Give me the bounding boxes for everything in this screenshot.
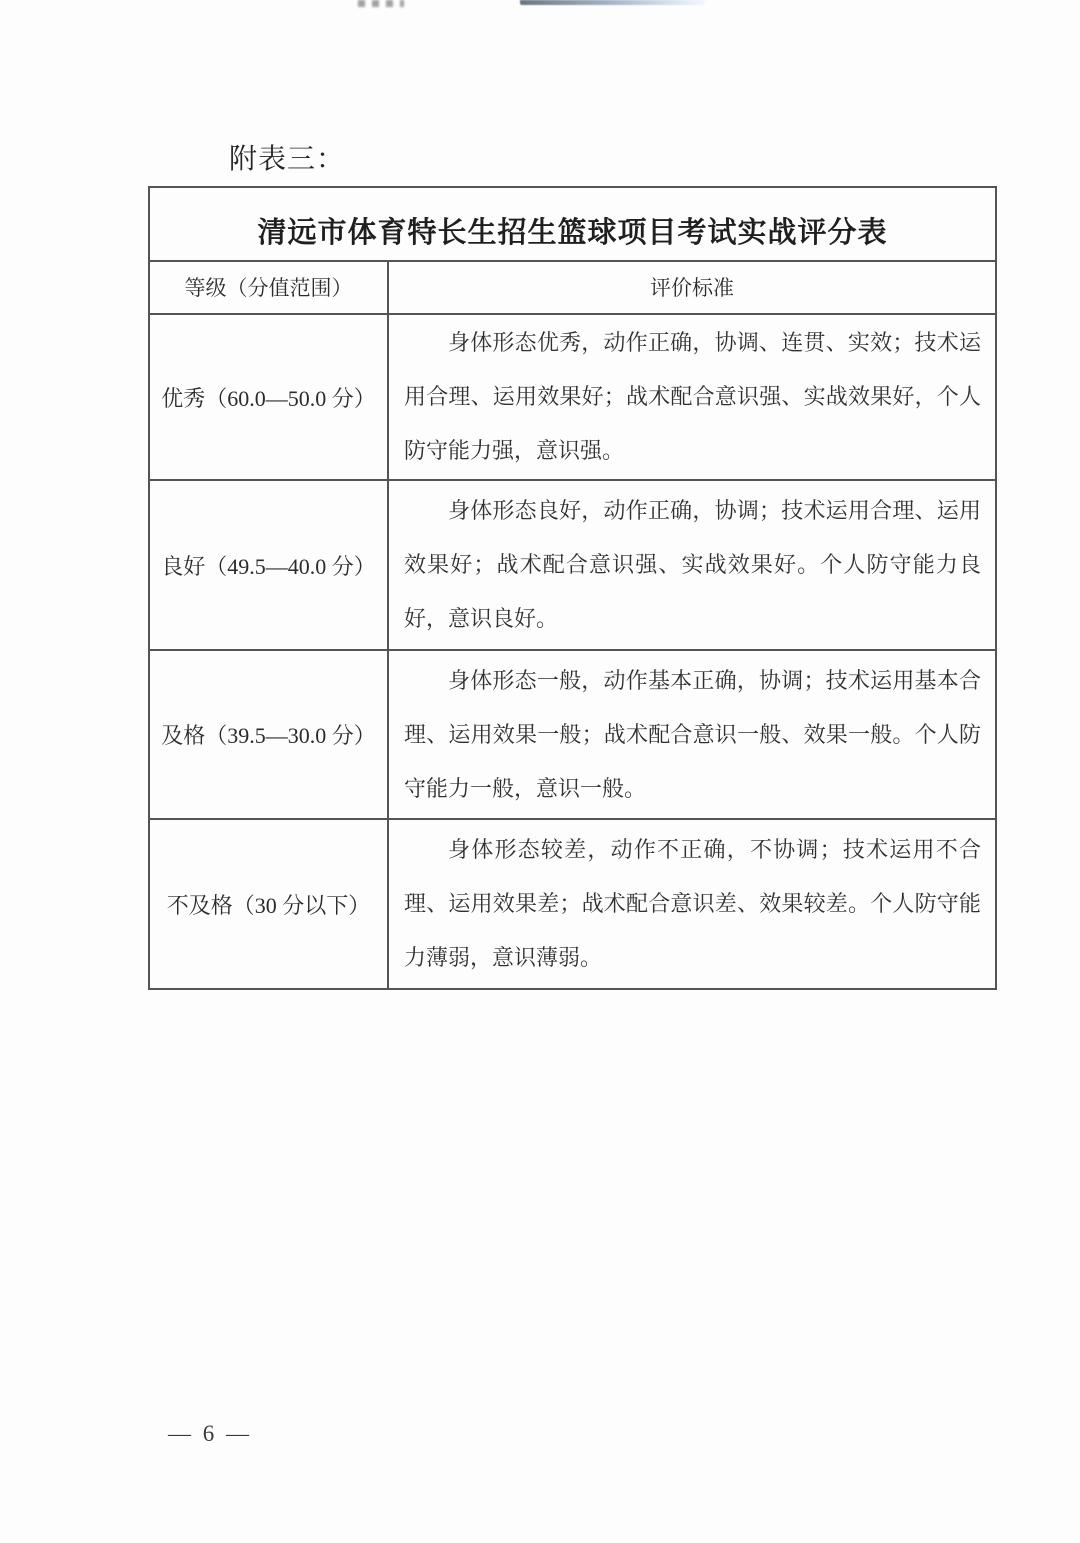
cropped-image-artifact (520, 0, 705, 5)
table-row-fail: 不及格（30 分以下） 身体形态较差，动作不正确，不协调；技术运用不合理、运用效… (150, 820, 995, 988)
grade-cell: 不及格（30 分以下） (150, 820, 389, 988)
criteria-cell: 身体形态良好，动作正确，协调；技术运用合理、运用效果好；战术配合意识强、实战效果… (389, 481, 995, 649)
criteria-text: 身体形态较差，动作不正确，不协调；技术运用不合理、运用效果差；战术配合意识差、效… (404, 823, 981, 985)
scoring-table: 清远市体育特长生招生篮球项目考试实战评分表 等级（分值范围） 评价标准 优秀（6… (148, 186, 997, 990)
criteria-text: 身体形态优秀，动作正确，协调、连贯、实效；技术运用合理、运用效果好；战术配合意识… (404, 316, 981, 478)
grade-cell: 优秀（60.0—50.0 分） (150, 315, 389, 480)
table-title: 清远市体育特长生招生篮球项目考试实战评分表 (150, 188, 995, 262)
table-row-excellent: 优秀（60.0—50.0 分） 身体形态优秀，动作正确，协调、连贯、实效；技术运… (150, 315, 995, 482)
document-page: 附表三： 清远市体育特长生招生篮球项目考试实战评分表 等级（分值范围） 评价标准… (0, 0, 1080, 1543)
cropped-text-artifact (358, 0, 404, 7)
grade-cell: 及格（39.5—30.0 分） (150, 651, 389, 819)
page-number: — 6 — (168, 1421, 252, 1447)
table-row-good: 良好（49.5—40.0 分） 身体形态良好，动作正确，协调；技术运用合理、运用… (150, 481, 995, 651)
criteria-cell: 身体形态一般，动作基本正确，协调；技术运用基本合理、运用效果一般；战术配合意识一… (389, 651, 995, 819)
header-criteria: 评价标准 (389, 262, 995, 313)
criteria-cell: 身体形态较差，动作不正确，不协调；技术运用不合理、运用效果差；战术配合意识差、效… (389, 820, 995, 988)
table-header-row: 等级（分值范围） 评价标准 (150, 262, 995, 315)
criteria-text: 身体形态一般，动作基本正确，协调；技术运用基本合理、运用效果一般；战术配合意识一… (404, 654, 981, 816)
criteria-cell: 身体形态优秀，动作正确，协调、连贯、实效；技术运用合理、运用效果好；战术配合意识… (389, 315, 995, 480)
table-caption: 附表三： (229, 137, 345, 177)
header-grade-range: 等级（分值范围） (150, 262, 389, 313)
table-row-pass: 及格（39.5—30.0 分） 身体形态一般，动作基本正确，协调；技术运用基本合… (150, 651, 995, 821)
criteria-text: 身体形态良好，动作正确，协调；技术运用合理、运用效果好；战术配合意识强、实战效果… (404, 484, 981, 646)
grade-cell: 良好（49.5—40.0 分） (150, 481, 389, 649)
